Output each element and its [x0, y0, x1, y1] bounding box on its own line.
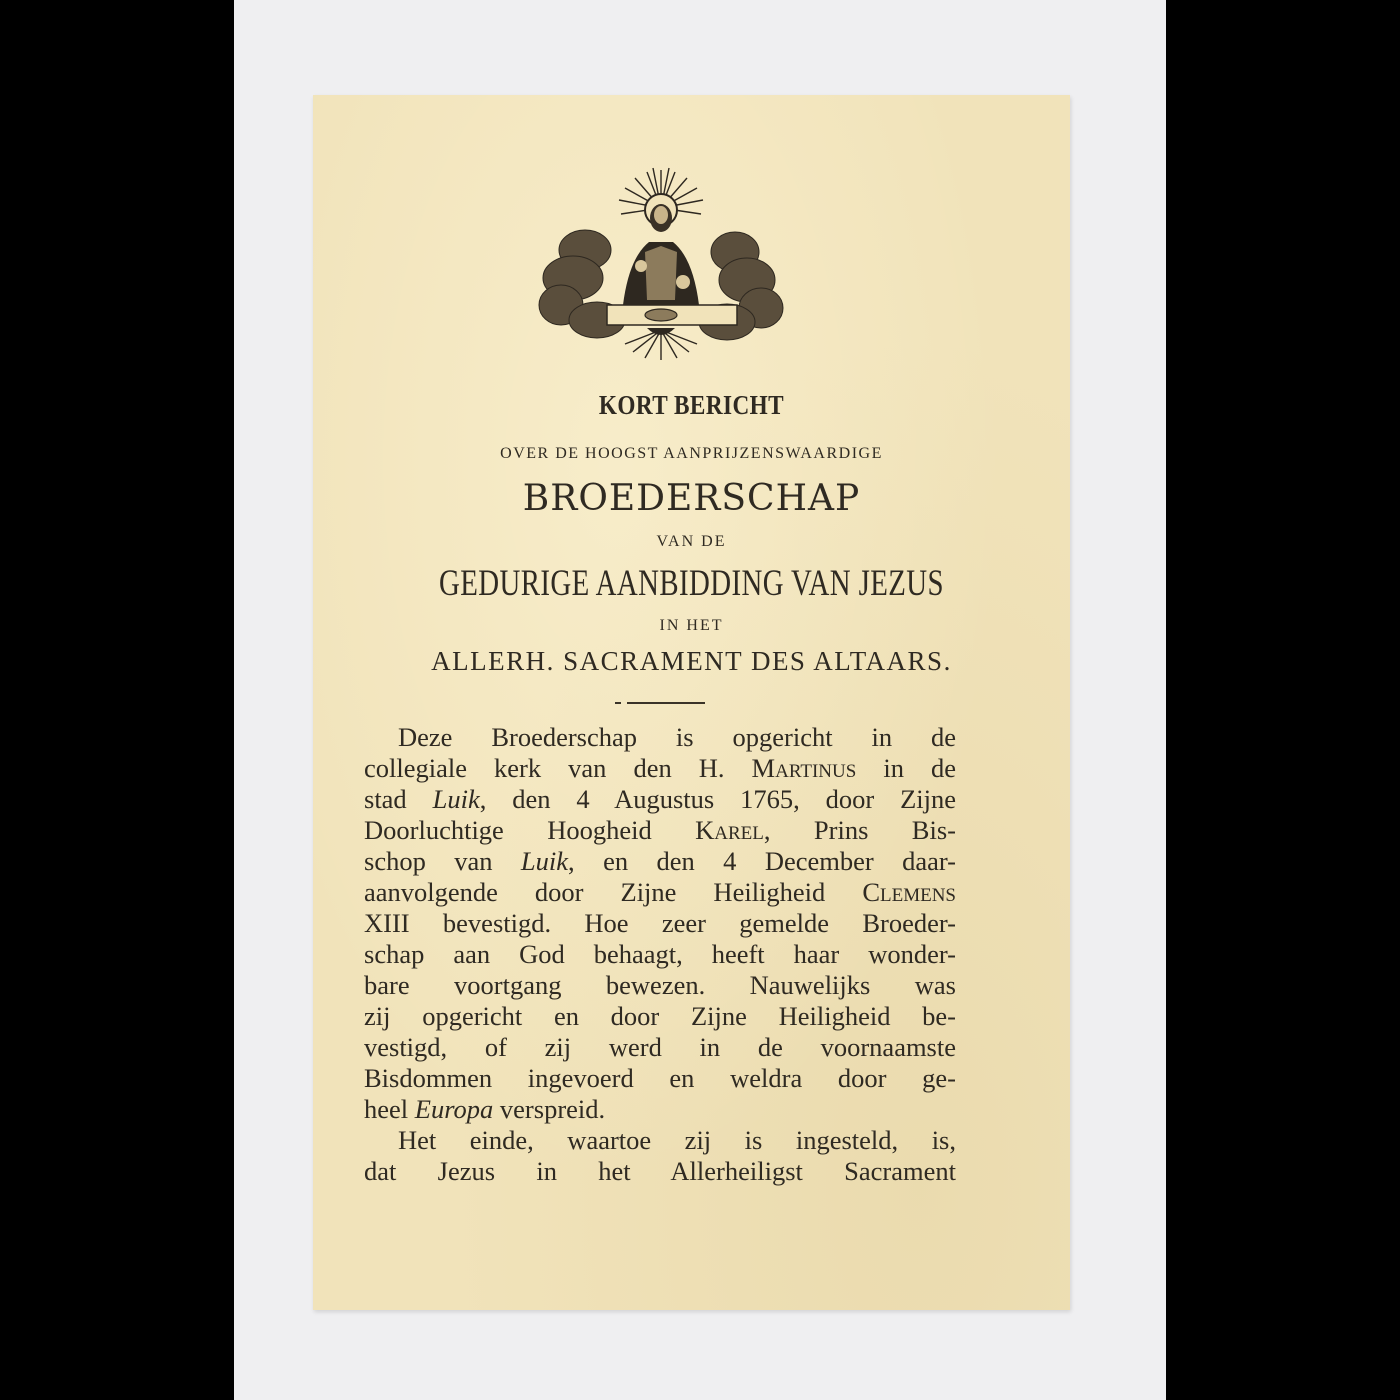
subheading-in-het: IN HET [313, 617, 1070, 635]
heading-gedurige-aanbidding: GEDURIGE AANBIDDING VAN JEZUS [396, 562, 986, 605]
body-line: aanvolgende door Zijne Heiligheid Clemen… [364, 877, 956, 908]
divider-rule [627, 702, 705, 704]
body-line: Doorluchtige Hoogheid Karel, Prins Bis- [364, 815, 956, 846]
christ-emblem-icon [537, 160, 785, 365]
heading-kort-bericht: KORT BERICHT [366, 390, 1017, 421]
body-line: XIII bevestigd. Hoe zeer gemelde Broeder… [364, 908, 956, 939]
place-luik: Luik [433, 784, 480, 814]
name-martinus: Martinus [752, 753, 857, 783]
body-line: zij opgericht en door Zijne Heiligheid b… [364, 1001, 956, 1032]
body-line: Deze Broederschap is opgericht in de [364, 722, 956, 753]
subheading-van-de: VAN DE [313, 533, 1070, 551]
heading-allerh-sacrament: ALLERH. SACRAMENT DES ALTAARS. [313, 646, 1070, 677]
subheading-over-de: OVER DE HOOGST AANPRIJZENSWAARDIGE [313, 445, 1070, 463]
name-clemens: Clemens [862, 877, 956, 907]
body-line: schop van Luik, en den 4 December daar- [364, 846, 956, 877]
body-line: Het einde, waartoe zij is ingesteld, is, [364, 1125, 956, 1156]
name-karel: Karel [695, 815, 764, 845]
body-line: stad Luik, den 4 Augustus 1765, door Zij… [364, 784, 956, 815]
body-line: bare voortgang bewezen. Nauwelijks was [364, 970, 956, 1001]
body-line: vestigd, of zij werd in de voornaamste [364, 1032, 956, 1063]
body-line: collegiale kerk van den H. Martinus in d… [364, 753, 956, 784]
body-line: dat Jezus in het Allerheiligst Sacrament [364, 1156, 956, 1187]
body-line: Bisdommen ingevoerd en weldra door ge- [364, 1063, 956, 1094]
body-line: heel Europa verspreid. [364, 1094, 956, 1125]
heading-broederschap: BROEDERSCHAP [313, 478, 1070, 519]
body-paragraphs: Deze Broederschap is opgericht in de col… [364, 722, 956, 1187]
place-luik: Luik [521, 846, 568, 876]
place-europa: Europa [415, 1094, 494, 1124]
body-line: schap aan God behaagt, heeft haar wonder… [364, 939, 956, 970]
